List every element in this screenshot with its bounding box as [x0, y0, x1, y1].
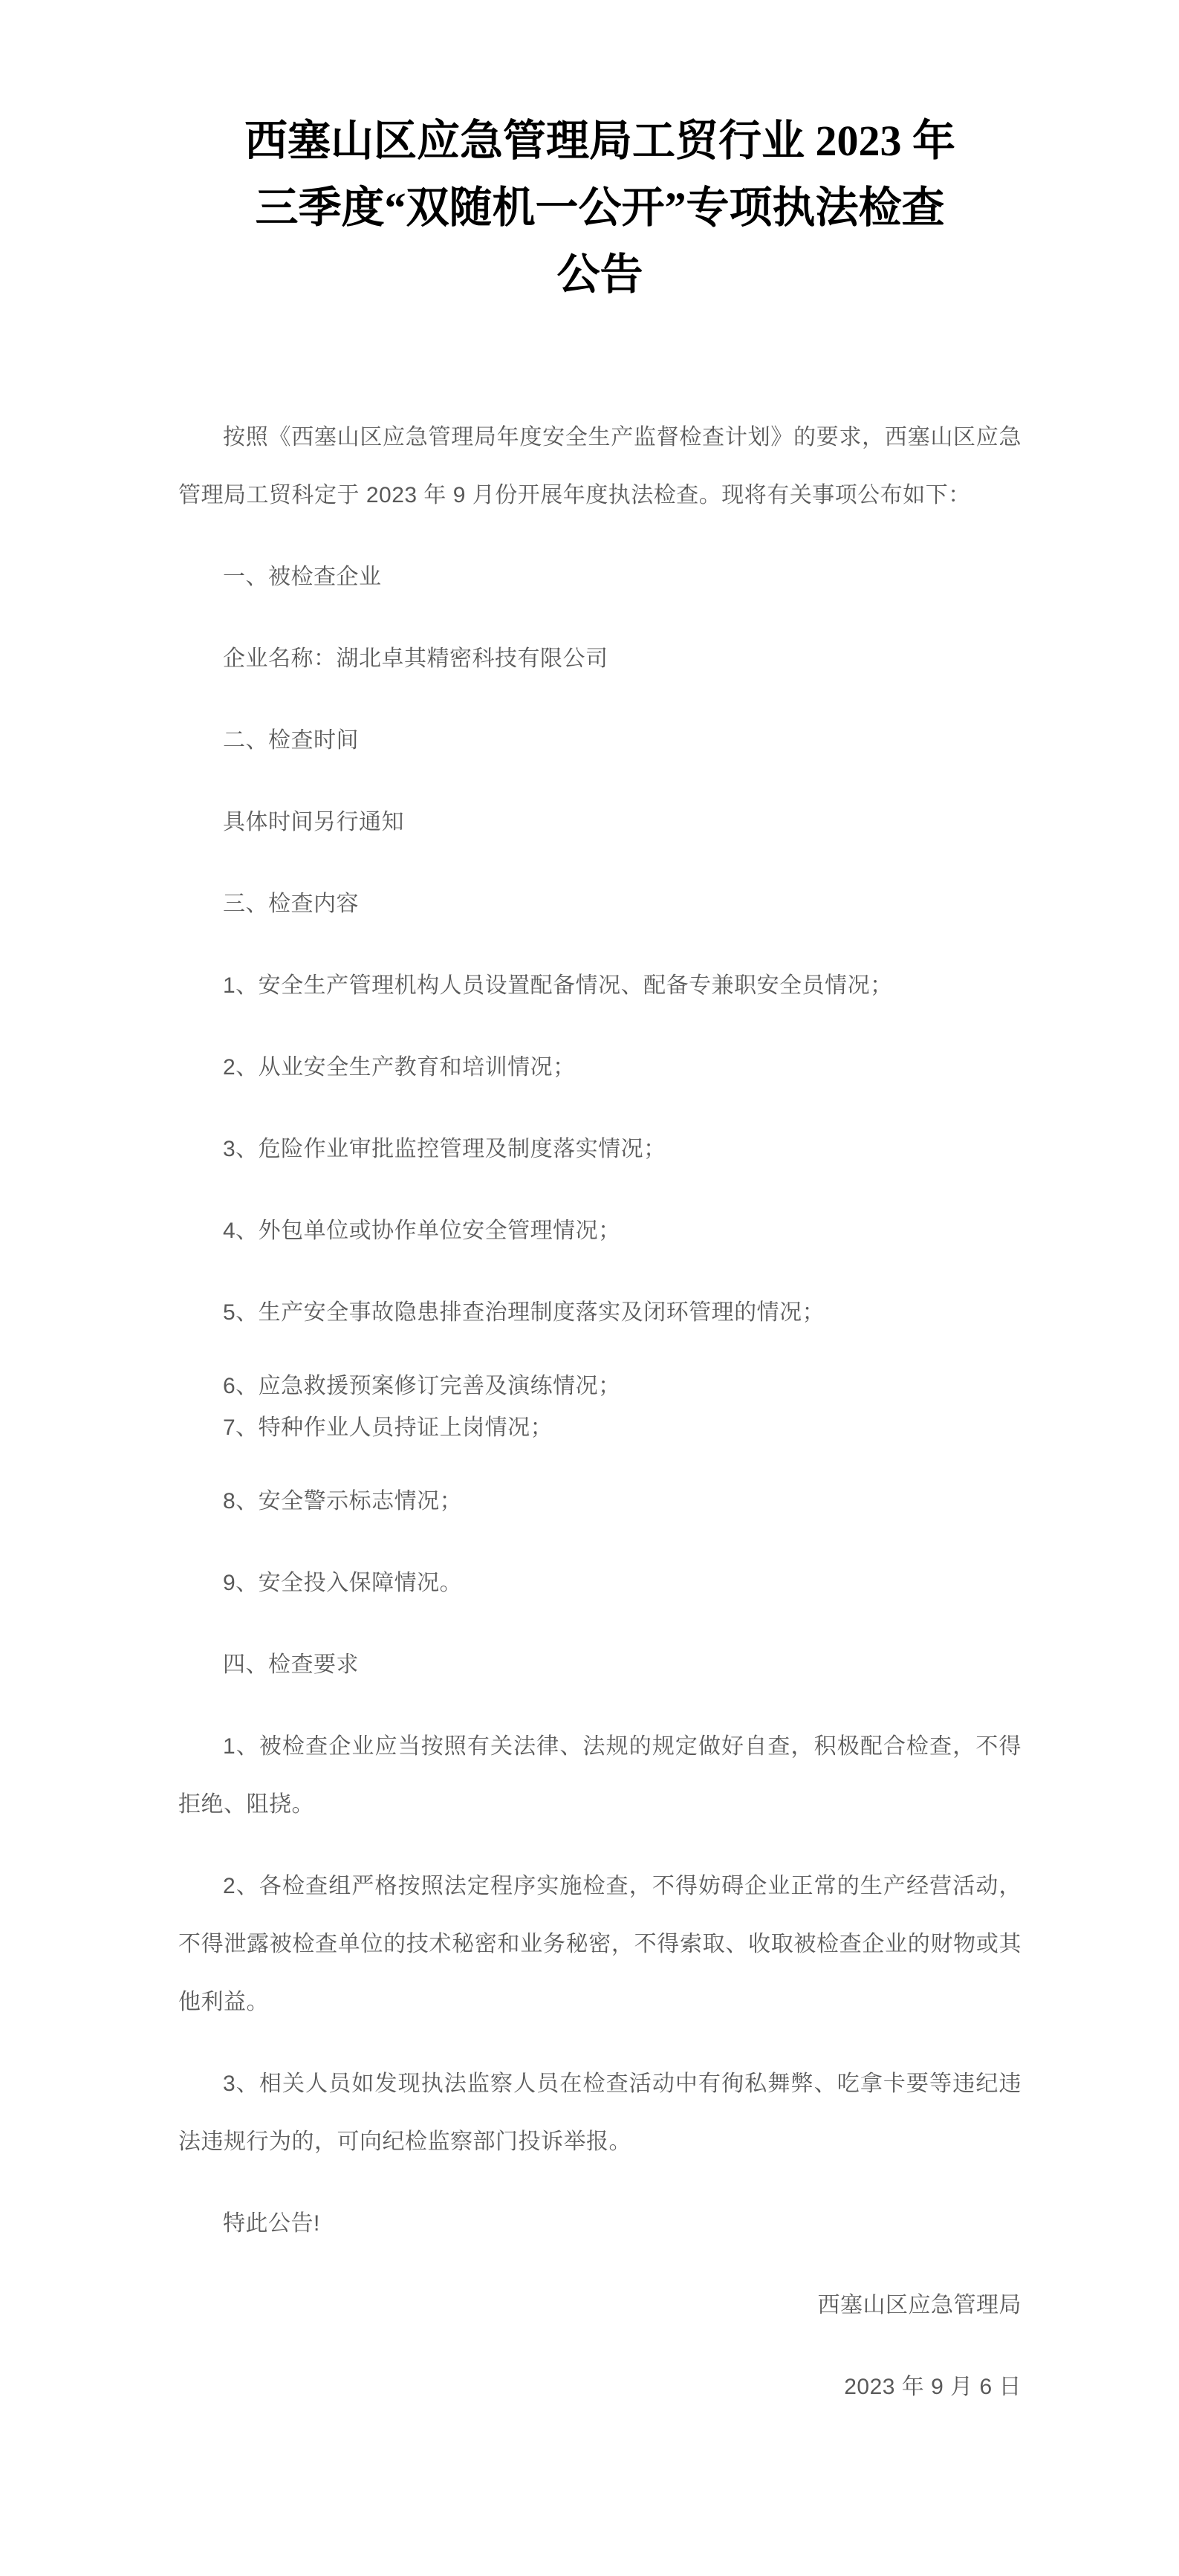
- requirement-2: 2、各检查组严格按照法定程序实施检查，不得妨碍企业正常的生产经营活动，不得泄露被…: [178, 1858, 1022, 2031]
- page-title: 西塞山区应急管理局工贸行业 2023 年 三季度“双随机一公开”专项执法检查 公…: [178, 108, 1022, 308]
- section-4-heading: 四、检查要求: [178, 1636, 1022, 1694]
- inspection-item-5: 5、生产安全事故隐患排查治理制度落实及闭环管理的情况；: [178, 1284, 1022, 1342]
- document-body: 按照《西塞山区应急管理局年度安全生产监督检查计划》的要求，西塞山区应急管理局工贸…: [178, 409, 1022, 2416]
- issue-date: 2023 年 9 月 6 日: [178, 2358, 1022, 2416]
- closing-note: 特此公告!: [178, 2195, 1022, 2253]
- page-title-line-1: 西塞山区应急管理局工贸行业 2023 年: [178, 108, 1022, 175]
- inspection-item-2: 2、从业安全生产教育和培训情况；: [178, 1039, 1022, 1097]
- inspection-item-4: 4、外包单位或协作单位安全管理情况；: [178, 1202, 1022, 1260]
- announcement-document: 西塞山区应急管理局工贸行业 2023 年 三季度“双随机一公开”专项执法检查 公…: [0, 0, 1179, 2576]
- inspection-item-1: 1、安全生产管理机构人员设置配备情况、配备专兼职安全员情况；: [178, 957, 1022, 1015]
- company-name-line: 企业名称：湖北卓其精密科技有限公司: [178, 630, 1022, 688]
- inspection-time-note: 具体时间另行通知: [178, 794, 1022, 851]
- requirement-1: 1、被检查企业应当按照有关法律、法规的规定做好自查，积极配合检查，不得拒绝、阻挠…: [178, 1718, 1022, 1834]
- issuer-signature: 西塞山区应急管理局: [178, 2277, 1022, 2335]
- inspection-item-3: 3、危险作业审批监控管理及制度落实情况；: [178, 1120, 1022, 1178]
- inspection-item-7: 7、特种作业人员持证上岗情况；: [178, 1407, 1022, 1449]
- section-3-heading: 三、检查内容: [178, 875, 1022, 933]
- inspection-item-8: 8、安全警示标志情况；: [178, 1473, 1022, 1531]
- page-title-line-2: 三季度“双随机一公开”专项执法检查: [178, 175, 1022, 241]
- section-2-heading: 二、检查时间: [178, 712, 1022, 770]
- inspection-item-6: 6、应急救援预案修订完善及演练情况；: [178, 1366, 1022, 1407]
- section-1-heading: 一、被检查企业: [178, 548, 1022, 606]
- inspection-item-9: 9、安全投入保障情况。: [178, 1554, 1022, 1612]
- page-title-line-3: 公告: [178, 241, 1022, 308]
- inspection-items-6-7: 6、应急救援预案修订完善及演练情况； 7、特种作业人员持证上岗情况；: [178, 1366, 1022, 1449]
- requirement-3: 3、相关人员如发现执法监察人员在检查活动中有徇私舞弊、吃拿卡要等违纪违法违规行为…: [178, 2055, 1022, 2171]
- intro-paragraph: 按照《西塞山区应急管理局年度安全生产监督检查计划》的要求，西塞山区应急管理局工贸…: [178, 409, 1022, 525]
